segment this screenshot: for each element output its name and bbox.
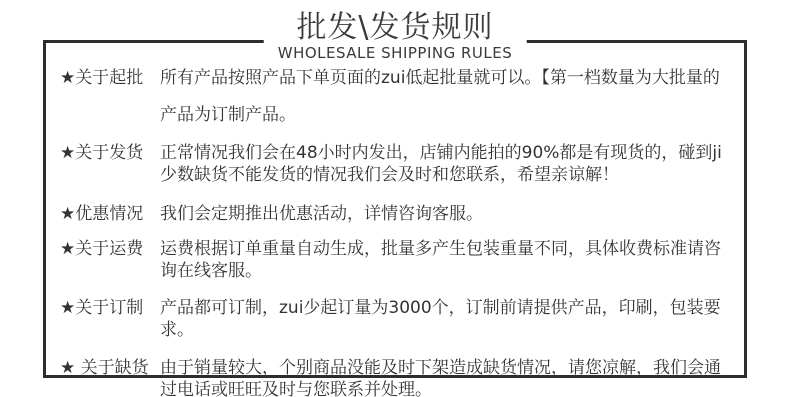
wholesale-rules-panel: 批发\发货规则 WHOLESALE SHIPPING RULES ★关于起批 所… [0, 0, 790, 397]
rule-text: 产品都可订制，zui少起订量为3000个，订制前请提供产品，印刷，包装要求。 [160, 297, 732, 341]
panel-title-english: WHOLESALE SHIPPING RULES [278, 45, 513, 61]
rule-line: 运费根据订单重量自动生成，批量多产生包装重量不同，具体收费标准请咨 [160, 238, 732, 260]
rule-line: 所有产品按照产品下单页面的zui低起批量就可以。【第一档数量为大批量的 [160, 67, 732, 89]
rule-row-customization: ★关于订制 产品都可订制，zui少起订量为3000个，订制前请提供产品，印刷，包… [60, 297, 732, 341]
panel-title-chinese: 批发\发货规则 [278, 12, 513, 44]
rule-text: 运费根据订单重量自动生成，批量多产生包装重量不同，具体收费标准请咨 询在线客服。 [160, 238, 732, 282]
rule-row-minimum-order: ★关于起批 所有产品按照产品下单页面的zui低起批量就可以。【第一档数量为大批量… [60, 67, 732, 126]
rule-line: 询在线客服。 [160, 260, 732, 282]
rule-label: ★关于订制 [60, 297, 160, 319]
rule-row-shipping: ★关于发货 正常情况我们会在48小时内发出，店铺内能拍的90%都是有现货的，碰到… [60, 142, 732, 186]
rule-text: 正常情况我们会在48小时内发出，店铺内能拍的90%都是有现货的，碰到ji 少数缺… [160, 142, 732, 186]
rule-line: 由于销量较大，个别商品没能及时下架造成缺货情况，请您凉解，我们会通 [160, 357, 732, 379]
rule-line: 正常情况我们会在48小时内发出，店铺内能拍的90%都是有现货的，碰到ji [160, 142, 732, 164]
rule-line: 我们会定期推出优惠活动，详情咨询客服。 [160, 203, 732, 225]
rules-list: ★关于起批 所有产品按照产品下单页面的zui低起批量就可以。【第一档数量为大批量… [46, 43, 744, 397]
rule-row-freight: ★关于运费 运费根据订单重量自动生成，批量多产生包装重量不同，具体收费标准请咨 … [60, 238, 732, 282]
rule-text: 由于销量较大，个别商品没能及时下架造成缺货情况，请您凉解，我们会通 过电话或旺旺… [160, 357, 732, 397]
rule-text: 所有产品按照产品下单页面的zui低起批量就可以。【第一档数量为大批量的 产品为订… [160, 67, 732, 126]
rule-label: ★关于起批 [60, 67, 160, 89]
rule-line: 过电话或旺旺及时与您联系并处理。 [160, 379, 732, 397]
rule-label: ★优惠情况 [60, 203, 160, 225]
rule-label: ★关于运费 [60, 238, 160, 260]
rule-line: 产品为订制产品。 [160, 104, 732, 126]
rule-line: 产品都可订制，zui少起订量为3000个，订制前请提供产品，印刷，包装要求。 [160, 297, 732, 341]
rule-label: ★ 关于缺货 [60, 357, 160, 379]
rule-text: 我们会定期推出优惠活动，详情咨询客服。 [160, 203, 732, 225]
rule-row-discounts: ★优惠情况 我们会定期推出优惠活动，详情咨询客服。 [60, 203, 732, 225]
rule-row-out-of-stock: ★ 关于缺货 由于销量较大，个别商品没能及时下架造成缺货情况，请您凉解，我们会通… [60, 357, 732, 397]
rule-label: ★关于发货 [60, 142, 160, 164]
panel-title: 批发\发货规则 WHOLESALE SHIPPING RULES [264, 12, 527, 61]
rules-box: 批发\发货规则 WHOLESALE SHIPPING RULES ★关于起批 所… [43, 40, 747, 378]
rule-line: 少数缺货不能发货的情况我们会及时和您联系，希望亲谅解！ [160, 164, 732, 186]
